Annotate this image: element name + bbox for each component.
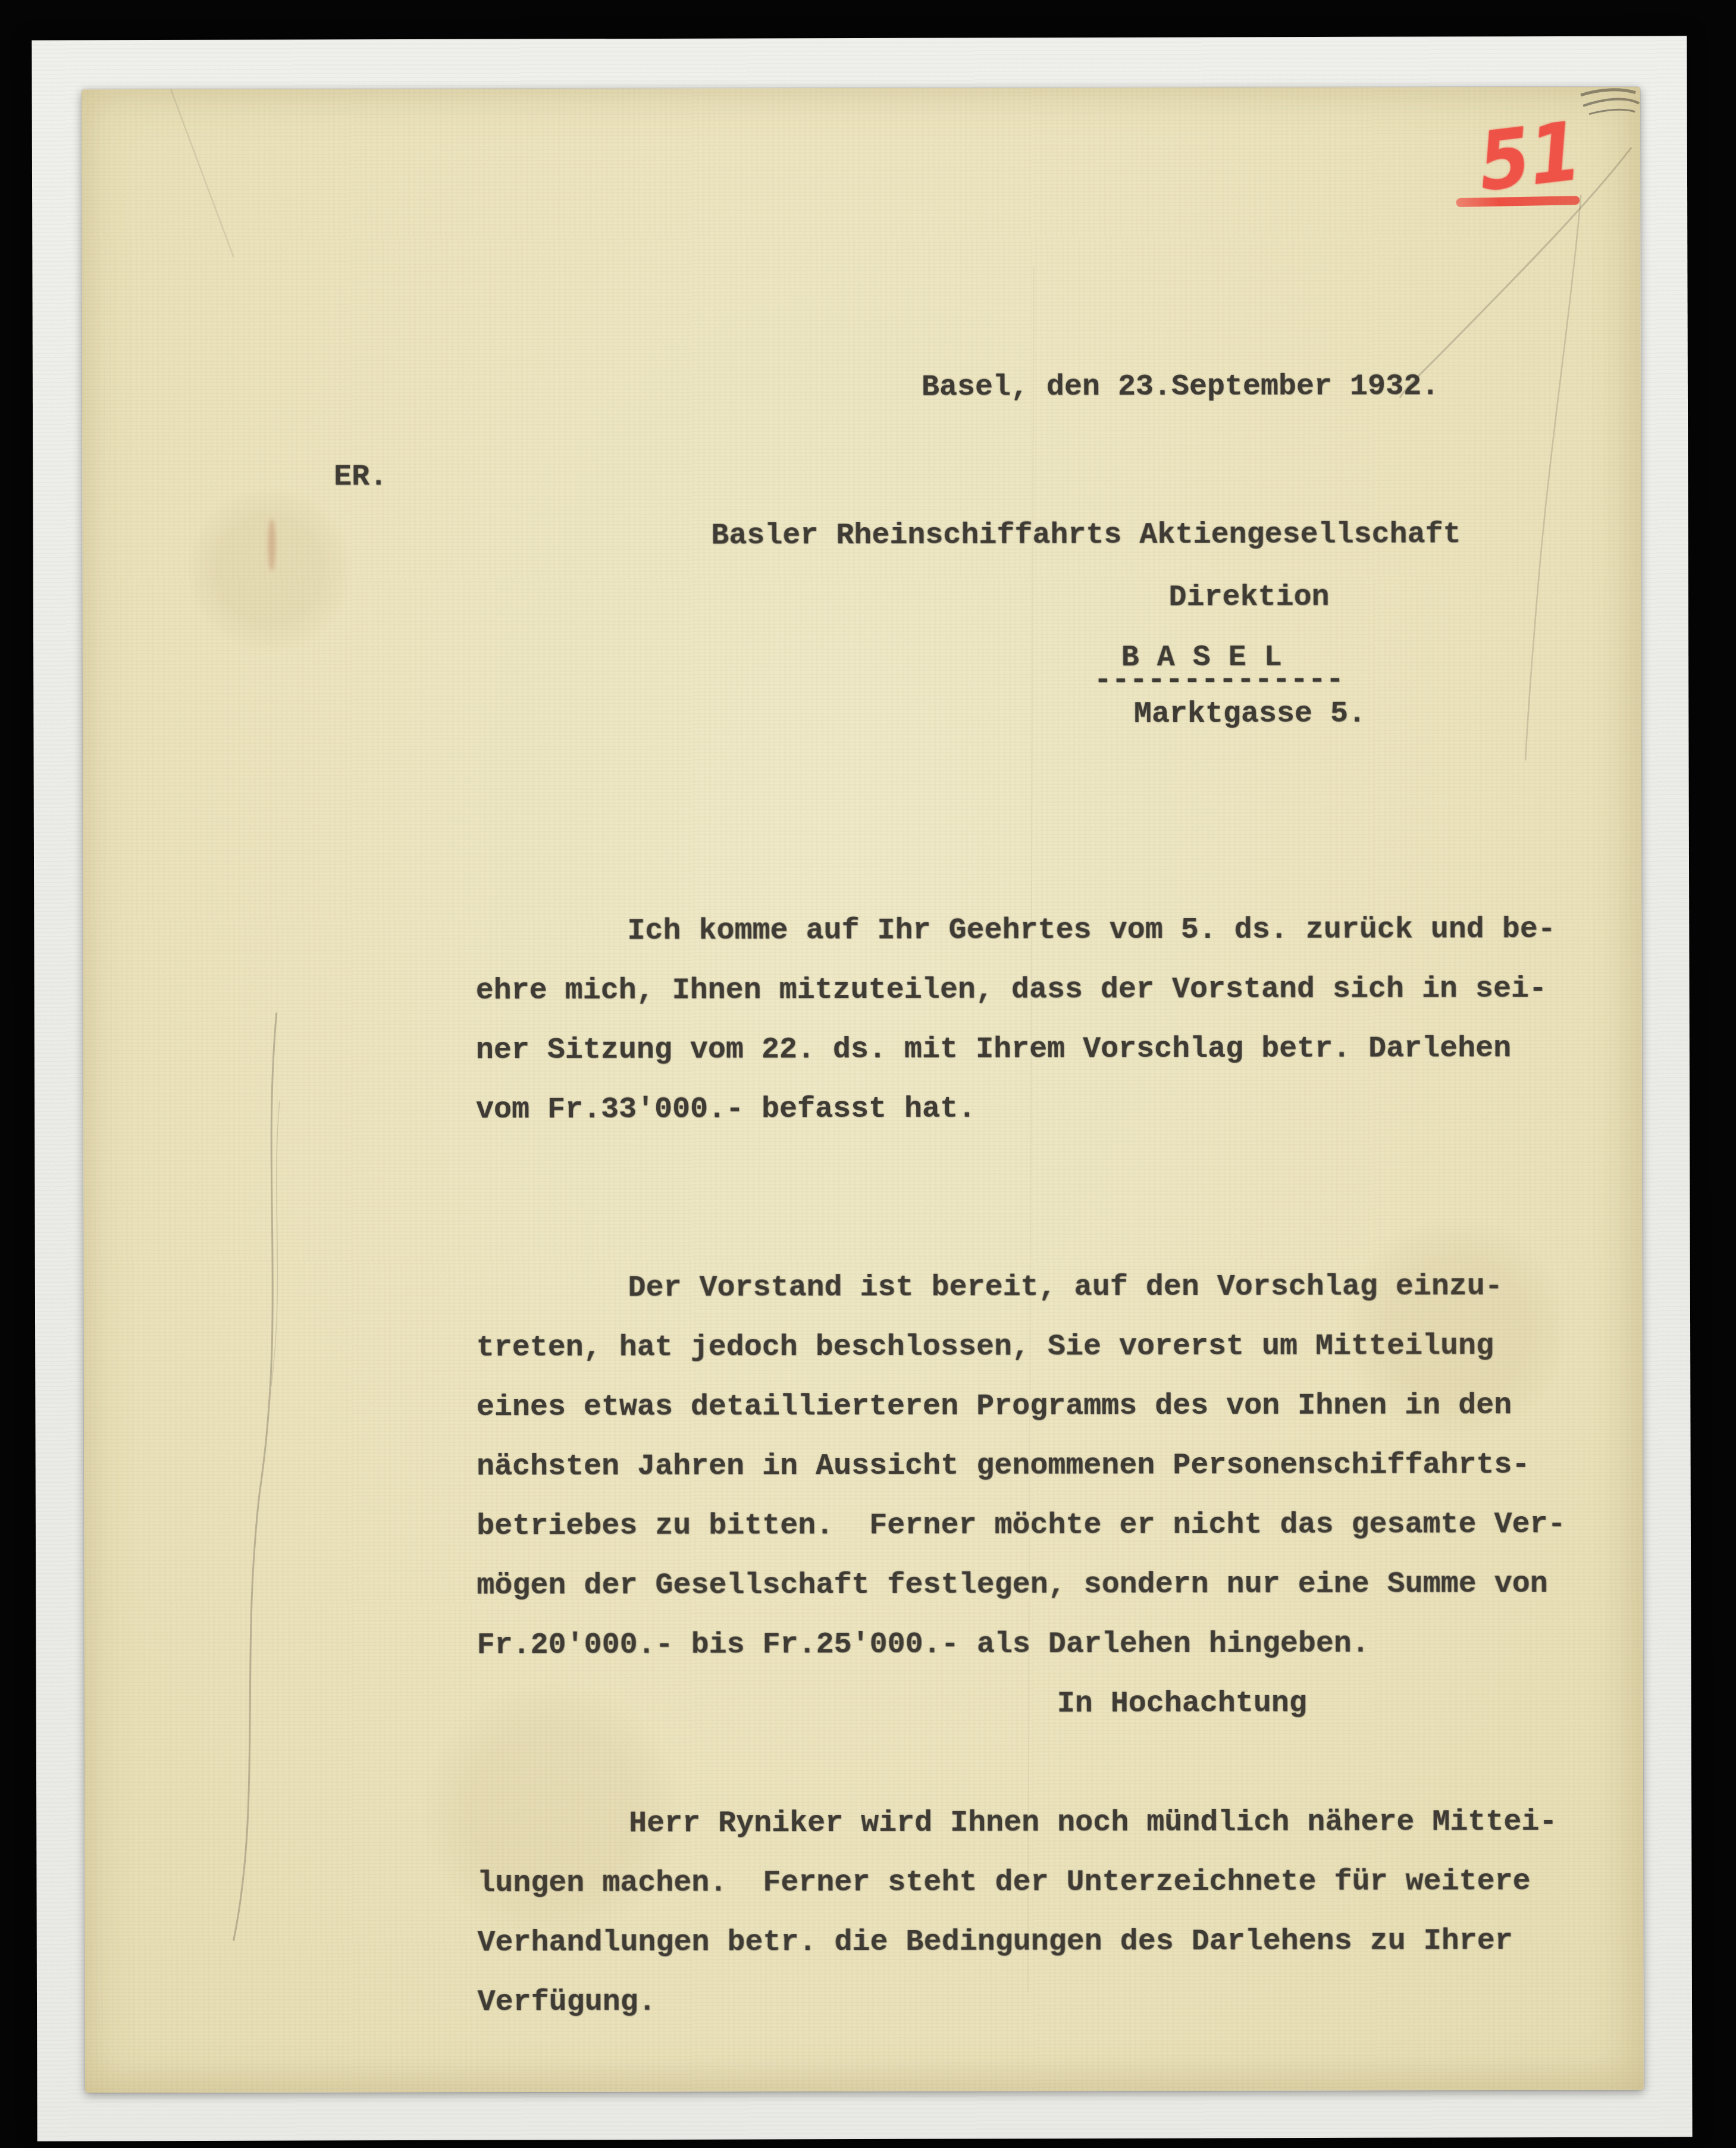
letter-paragraph-3: Herr Ryniker wird Ihnen noch mündlich nä…: [477, 1793, 1620, 2033]
letter-body: Ich komme auf Ihr Geehrtes vom 5. ds. zu…: [475, 781, 1620, 2148]
archive-number-annotation: 51: [1475, 111, 1584, 203]
stain-mark: [268, 519, 275, 571]
recipient-company: Basler Rheinschiffahrts Aktiengesellscha…: [711, 505, 1461, 566]
closing-salutation: In Hochachtung: [1057, 1674, 1307, 1734]
dateline: Basel, den 23.September 1932.: [922, 357, 1439, 418]
reference-initials: ER.: [334, 447, 387, 507]
archive-number-underline: [1456, 196, 1580, 207]
scanner-background: 51 Basel, den 23.September 1932. ER. Bas…: [0, 0, 1736, 2148]
letter-paragraph-2: Der Vorstand ist bereit, auf den Vorschl…: [476, 1257, 1619, 1676]
recipient-street: Marktgasse 5.: [1134, 685, 1366, 745]
recipient-department: Direktion: [1168, 568, 1329, 628]
letter-paragraph-1: Ich komme auf Ihr Geehrtes vom 5. ds. zu…: [475, 900, 1618, 1140]
letter-page: 51 Basel, den 23.September 1932. ER. Bas…: [82, 87, 1644, 2093]
pencil-scribble-mark: [1581, 90, 1639, 114]
